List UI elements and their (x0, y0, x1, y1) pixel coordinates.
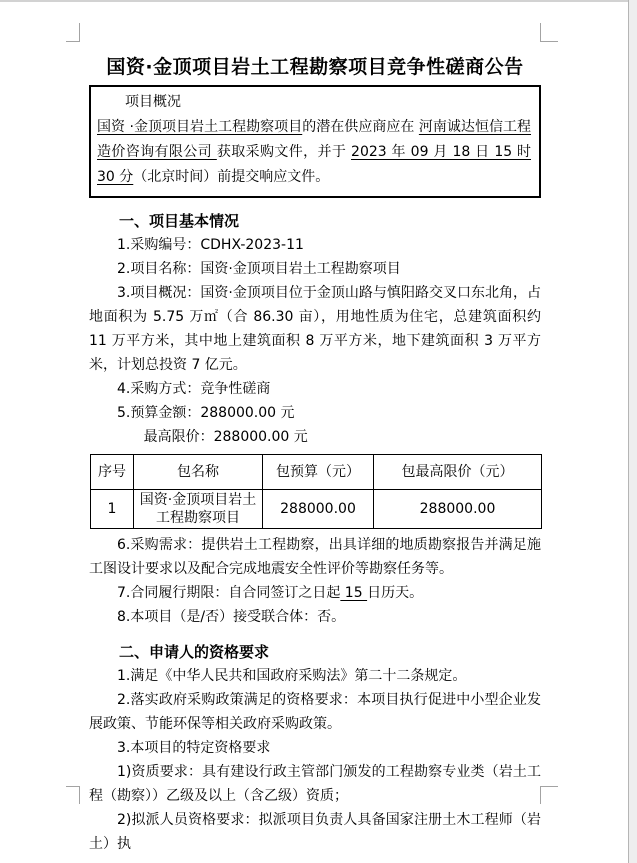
purchase-demand-line: 6.采购需求：提供岩土工程勘察，出具详细的地质勘察报告并满足施工图设计要求以及配… (89, 533, 541, 581)
project-name-line: 2.项目名称：国资·金顶项目岩土工程勘察项目 (89, 257, 541, 281)
credential-requirement-line: 1)资质要求：具有建设行政主管部门颁发的工程勘察专业类（岩土工程（勘察））乙级及… (89, 760, 541, 808)
purchase-method-line: 4.采购方式：竞争性磋商 (89, 377, 541, 401)
margin-crop-mark-top-left (66, 23, 80, 42)
overview-text-2: 获取采购文件，并于 (217, 144, 351, 160)
scrollbar-track[interactable] (628, 0, 637, 863)
policy-requirement-line: 2.落实政府采购政策满足的资格要求：本项目执行促进中小型企业发展政策、节能环保等… (89, 688, 541, 736)
cell-seq: 1 (91, 490, 134, 529)
column-header-package-max-price: 包最高限价（元） (374, 455, 542, 490)
personnel-requirement-line: 2)拟派人员资格要求：拟派项目负责人具备国家注册土木工程师（岩土）执 (89, 808, 541, 856)
cell-package-max-price: 288000.00 (374, 490, 542, 529)
column-header-package-name: 包名称 (134, 455, 263, 490)
overview-text-1: 的潜在供应商应在 (302, 119, 419, 135)
budget-amount-line: 5.预算金额：288000.00 元 (89, 401, 541, 425)
document-page: 国资·金顶项目岩土工程勘察项目竞争性磋商公告 项目概况 国资 ·金顶项目岩土工程… (0, 0, 637, 863)
column-header-package-budget: 包预算（元） (263, 455, 374, 490)
table-header-row: 序号 包名称 包预算（元） 包最高限价（元） (91, 455, 542, 490)
overview-text-3: （北京时间）前提交响应文件。 (133, 169, 329, 185)
margin-crop-mark-bottom-left (66, 786, 80, 804)
contract-period-text: 7.合同履行期限：自合同签订之日起 (117, 585, 340, 601)
project-overview-line: 3.项目概况：国资·金顶项目位于金顶山路与慎阳路交叉口东北角，占地面积为 5.7… (89, 281, 541, 377)
window-top-edge (0, 0, 637, 2)
qualification-law-line: 1.满足《中华人民共和国政府采购法》第二十二条规定。 (89, 664, 541, 688)
column-header-seq: 序号 (91, 455, 134, 490)
max-price-line: 最高限价：288000.00 元 (89, 425, 541, 449)
table-row: 1 国资·金顶项目岩土工程勘察项目 288000.00 288000.00 (91, 490, 542, 529)
contract-period-suffix: 日历天。 (367, 585, 423, 601)
specific-qualification-line: 3.本项目的特定资格要求 (89, 736, 541, 760)
cell-package-budget: 288000.00 (263, 490, 374, 529)
cell-package-name: 国资·金顶项目岩土工程勘察项目 (134, 490, 263, 529)
page-title: 国资·金顶项目岩土工程勘察项目竞争性磋商公告 (89, 54, 541, 80)
package-table: 序号 包名称 包预算（元） 包最高限价（元） 1 国资·金顶项目岩土工程勘察项目… (90, 454, 542, 529)
margin-crop-mark-top-right (540, 23, 558, 42)
margin-crop-mark-bottom-right (540, 786, 558, 804)
document-body: 国资·金顶项目岩土工程勘察项目竞争性磋商公告 项目概况 国资 ·金顶项目岩土工程… (89, 42, 541, 856)
consortium-line: 8.本项目（是/否）接受联合体：否。 (89, 605, 541, 629)
section1-heading: 一、项目基本情况 (89, 209, 541, 233)
contract-period-days: 15 (340, 585, 367, 601)
overview-label: 项目概况 (97, 90, 531, 115)
project-overview-box: 项目概况 国资 ·金顶项目岩土工程勘察项目的潜在供应商应在 河南诚达恒信工程造价… (89, 85, 541, 198)
overview-project-name: 国资 ·金顶项目岩土工程勘察项目 (97, 119, 302, 135)
contract-period-line: 7.合同履行期限：自合同签订之日起 15 日历天。 (89, 581, 541, 605)
purchase-number-line: 1.采购编号：CDHX-2023-11 (89, 233, 541, 257)
overview-paragraph: 国资 ·金顶项目岩土工程勘察项目的潜在供应商应在 河南诚达恒信工程造价咨询有限公… (97, 115, 531, 190)
section2-heading: 二、申请人的资格要求 (89, 640, 541, 664)
